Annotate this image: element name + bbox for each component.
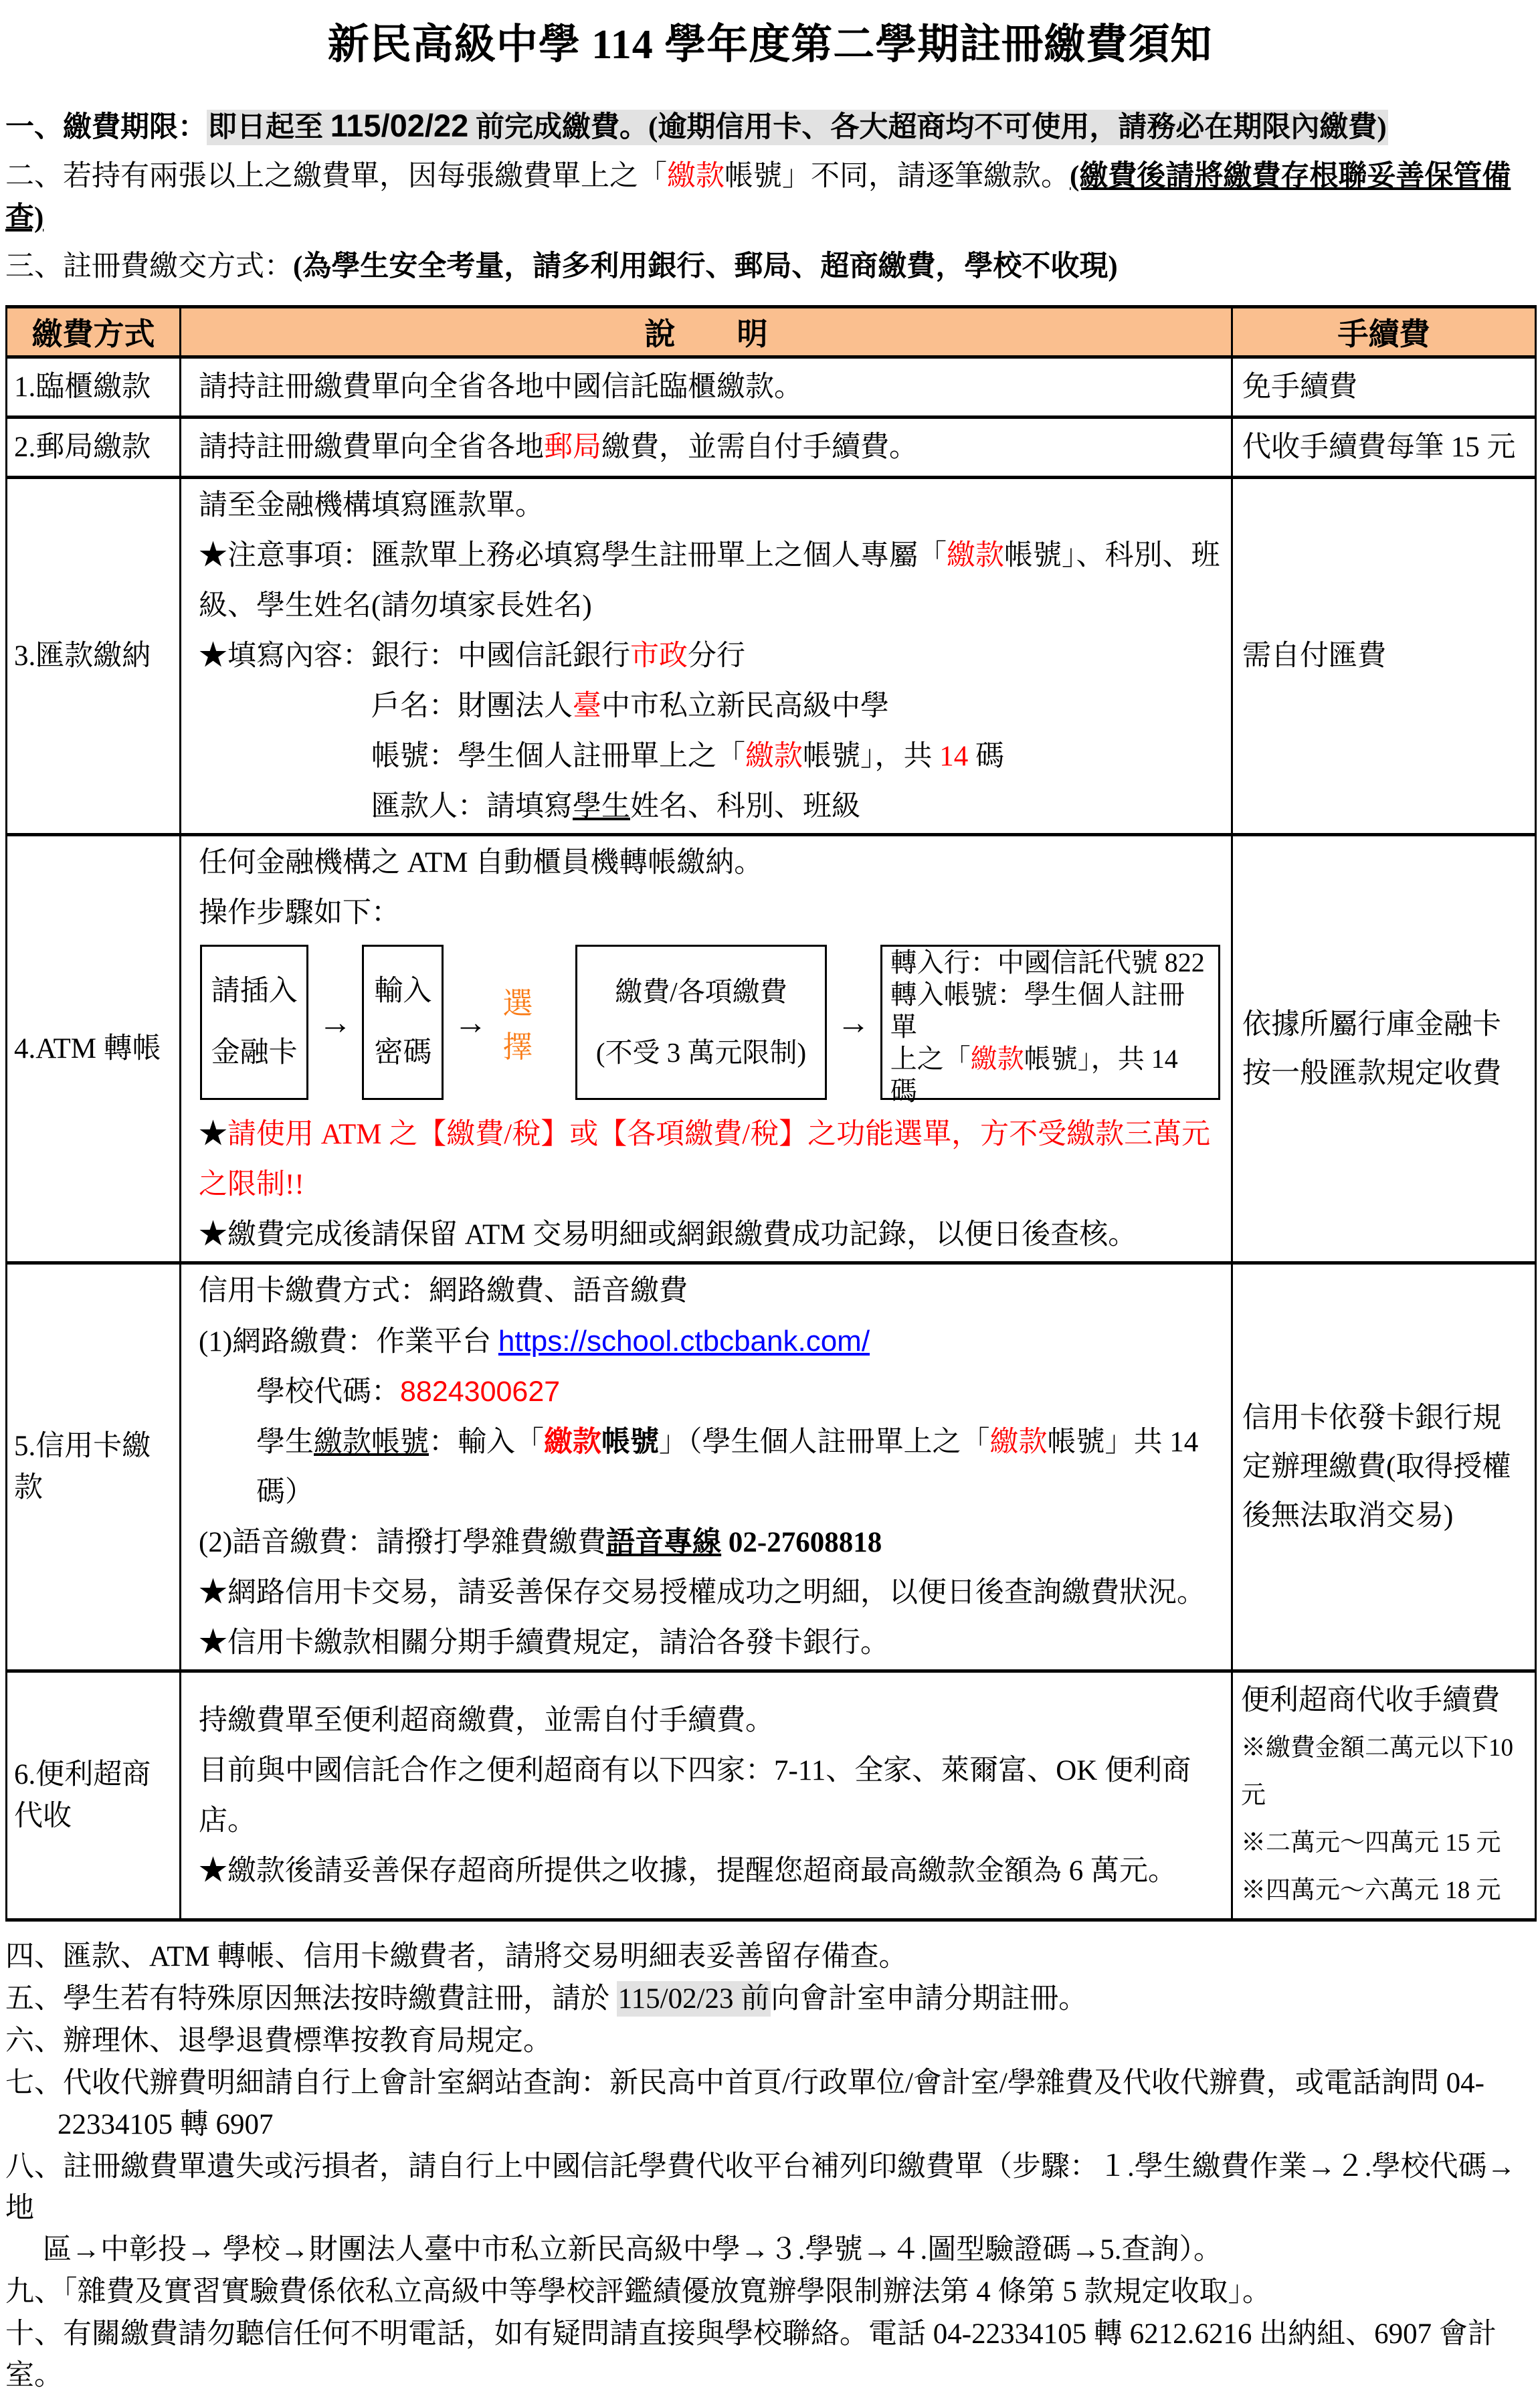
flow-arrow-icon: → <box>318 1006 352 1039</box>
payment-account-keyword: 繳款 <box>745 741 803 772</box>
keep-authorization-note: ★網路信用卡交易，請妥善保存交易授權成功之明細，以便日後查詢繳費狀況。 <box>199 1568 1220 1618</box>
flow-arrow-icon: → <box>454 1006 487 1039</box>
payment-account-keyword: 繳款 <box>544 1426 601 1458</box>
flow-arrow-icon: → <box>837 1006 870 1039</box>
payment-account-keyword: 繳款 <box>990 1426 1048 1458</box>
text-line: 八、註冊繳費單遺失或污損者，請自行上中國信託學費代收平台補列印繳費單（步驟：１.… <box>5 2146 1535 2229</box>
flow-step-text: 輸入 <box>374 974 431 1009</box>
text-run: 二、若持有兩張以上之繳費單，因每張繳費單上之「 <box>5 161 667 192</box>
text-run: 碼 <box>968 741 1004 772</box>
text-run: 匯款人：請填寫 <box>371 791 573 822</box>
description-line: 操作步驟如下： <box>199 888 1220 938</box>
method-label: 1.臨櫃繳款 <box>7 357 181 418</box>
text-line: 22334105 轉 6907 <box>5 2104 1535 2146</box>
flow-step-text: 請插入 <box>211 974 298 1009</box>
description-line: 任何金融機構之 ATM 自動櫃員機轉帳繳納。 <box>199 838 1220 888</box>
description-line: 請持註冊繳費單向全省各地中國信託臨櫃繳款。 <box>199 362 1220 412</box>
payment-account-keyword: 繳款 <box>971 1044 1024 1074</box>
fee-value: 依據所屬行庫金融卡按一般匯款規定收費 <box>1232 835 1536 1263</box>
payment-platform-link[interactable]: https://school.ctbcbank.com/ <box>498 1325 870 1358</box>
page-title: 新民高級中學 114 學年度第二學期註冊繳費須知 <box>5 11 1535 70</box>
fee-tier: ※四萬元～六萬元 18 元 <box>1241 1867 1531 1914</box>
warning-text: 請使用 ATM 之【繳費/稅】或【各項繳費/稅】之功能選單，方不受繳款三萬元 <box>227 1119 1210 1150</box>
text-run: 上之「 <box>890 1044 971 1074</box>
flow-step-text: 繳費/各項繳費 <box>615 976 787 1008</box>
atm-menu-warning-line2: 之限制!! <box>199 1160 1220 1210</box>
fee-tier: ※繳費金額二萬元以下10 元 <box>1241 1724 1531 1819</box>
text-run: ★填寫內容：銀行：中國信託銀行 <box>199 640 630 672</box>
outro-item-fee-details: 七、代收代辦費明細請自行上會計室網站查詢：新民高中首頁/行政單位/會計室/學雜費… <box>5 2063 1535 2146</box>
keep-store-receipt-note: ★繳款後請妥善保存超商所提供之收據，提醒您超商最高繳款金額為 6 萬元。 <box>199 1846 1220 1896</box>
fee-tier: ※二萬元～四萬元 15 元 <box>1241 1819 1531 1867</box>
table-row-atm-transfer: 4.ATM 轉帳 任何金融機構之 ATM 自動櫃員機轉帳繳納。 操作步驟如下： … <box>7 835 1536 1263</box>
outro-item-fraud-warning: 十、有關繳費請勿聽信任何不明電話，如有疑問請直接與學校聯絡。電話 04-2233… <box>5 2314 1535 2397</box>
table-row-post-office: 2.郵局繳款 請持註冊繳費單向全省各地郵局繳費，並需自付手續費。 代收手續費每筆… <box>7 418 1536 478</box>
flow-step-text: 轉入帳號：學生個人註冊單 <box>890 979 1210 1043</box>
payment-account-keyword: 繳款 <box>667 161 725 192</box>
payment-methods-table: 繳費方式 說 明 手續費 1.臨櫃繳款 請持註冊繳費單向全省各地中國信託臨櫃繳款… <box>5 305 1537 1922</box>
web-payment-line: (1)網路繳費：作業平台 https://school.ctbcbank.com… <box>199 1316 1220 1367</box>
school-code-line: 學校代碼：8824300627 <box>199 1367 1220 1417</box>
table-row-credit-card: 5.信用卡繳款 信用卡繳費方式：網路繳費、語音繳費 (1)網路繳費：作業平台 h… <box>7 1263 1536 1671</box>
installment-deadline-date: 115/02/23 前 <box>617 1981 771 2017</box>
text-run: 戶名：財團法人 <box>371 690 573 722</box>
text-run: 」（學生個人註冊單上之「 <box>659 1426 990 1458</box>
method-label: 6.便利超商代收 <box>7 1671 181 1920</box>
text-line: 七、代收代辦費明細請自行上會計室網站查詢：新民高中首頁/行政單位/會計室/學雜費… <box>5 2063 1535 2104</box>
text-run: 帳號」，共 <box>803 741 939 772</box>
text-line: 區→中彰投→ 學校→財團法人臺中市私立新民高級中學→３.學號→４.圖型驗證碼→5… <box>5 2229 1535 2271</box>
fee-title: 便利超商代收手續費 <box>1241 1677 1531 1724</box>
flow-step-transfer-info: 轉入行：中國信託代號 822 轉入帳號：學生個人註冊單 上之「繳款帳號」，共 1… <box>880 945 1220 1100</box>
flow-step-text: 密碼 <box>374 1036 431 1071</box>
remitter-line: 匯款人：請填寫學生姓名、科別、班級 <box>199 781 1220 832</box>
table-row-remittance: 3.匯款繳納 請至金融機構填寫匯款單。 ★注意事項：匯款單上務必填寫學生註冊單上… <box>7 478 1536 835</box>
description-line: 請持註冊繳費單向全省各地郵局繳費，並需自付手續費。 <box>199 422 1220 472</box>
store-list-line: 目前與中國信託合作之便利超商有以下四家：7-11、全家、萊爾富、OK 便利商店。 <box>199 1746 1220 1846</box>
method-label: 2.郵局繳款 <box>7 418 181 478</box>
description-line: 持繳費單至便利超商繳費，並需自付手續費。 <box>199 1695 1220 1746</box>
text-run: 學校代碼： <box>256 1376 400 1408</box>
col-header-method: 繳費方式 <box>7 307 181 357</box>
text-run: 帳號」不同，請逐筆繳款。 <box>725 161 1070 192</box>
text-run: 學生 <box>256 1426 314 1458</box>
account-keyword: 帳號 <box>601 1426 659 1458</box>
voice-hotline-label: 語音專線 <box>606 1527 721 1558</box>
method-label: 4.ATM 轉帳 <box>7 835 181 1263</box>
text-run: 請持註冊繳費單向全省各地 <box>199 432 544 463</box>
notice-document: 新民高級中學 114 學年度第二學期註冊繳費須知 一、繳費期限：即日起至 115… <box>0 0 1540 2408</box>
payment-account-term: 繳款帳號 <box>314 1426 429 1458</box>
keep-record-note: ★繳費完成後請保留 ATM 交易明細或網銀繳費成功記錄，以便日後查核。 <box>199 1210 1220 1260</box>
text-run: 繳費，並需自付手續費。 <box>601 432 918 463</box>
text-run: 姓名、科別、班級 <box>630 791 860 822</box>
digit-count: 14 <box>939 741 968 772</box>
description-line: 信用卡繳費方式：網路繳費、語音繳費 <box>199 1266 1220 1316</box>
outro-item-reprint-bill: 八、註冊繳費單遺失或污損者，請自行上中國信託學費代收平台補列印繳費單（步驟：１.… <box>5 2146 1535 2271</box>
post-office-keyword: 郵局 <box>544 432 601 463</box>
text-run: 即日起至 <box>208 112 330 143</box>
warning-text: 之限制!! <box>199 1169 304 1200</box>
atm-menu-warning-line1: ★請使用 ATM 之【繳費/稅】或【各項繳費/稅】之功能選單，方不受繳款三萬元 <box>199 1109 1220 1160</box>
account-number-line: 帳號：學生個人註冊單上之「繳款帳號」，共 14 碼 <box>199 731 1220 781</box>
col-header-fee: 手續費 <box>1232 307 1536 357</box>
flow-step-text: 上之「繳款帳號」，共 14 碼 <box>890 1043 1210 1107</box>
text-run: 五、學生若有特殊原因無法按時繳費註冊，請於 <box>5 1983 617 2015</box>
description-line: ★注意事項：匯款單上務必填寫學生註冊單上之個人專屬「繳款帳號」、科別、班級、學生… <box>199 531 1220 631</box>
installment-note: ★信用卡繳款相關分期手續費規定，請洽各發卡銀行。 <box>199 1618 1220 1668</box>
safety-note: (為學生安全考量，請多利用銀行、郵局、超商繳費，學校不收現) <box>293 251 1118 282</box>
text-run: 前完成繳費。(逾期信用卡、各大超商均不可使用，請務必在期限內繳費) <box>468 112 1386 143</box>
star-icon: ★ <box>199 1119 227 1150</box>
flow-step-enter-pin: 輸入 密碼 <box>362 945 444 1100</box>
school-code-value: 8824300627 <box>400 1376 560 1408</box>
intro-item-payment-methods: 三、註冊費繳交方式：(為學生安全考量，請多利用銀行、郵局、超商繳費，學校不收現) <box>5 246 1535 288</box>
flow-step-select-payment: 繳費/各項繳費 (不受 3 萬元限制) <box>575 945 827 1100</box>
text-run: ：輸入「 <box>429 1426 544 1458</box>
document-page: { "colors": { "header_bg": "#FABF8F", "h… <box>0 0 1540 2408</box>
atm-flowchart: 請插入 金融卡 → 輸入 密碼 → 選擇 繳費/各項繳費 (不受 3 萬元限制) <box>200 945 1220 1100</box>
table-row-counter-payment: 1.臨櫃繳款 請持註冊繳費單向全省各地中國信託臨櫃繳款。 免手續費 <box>7 357 1536 418</box>
fee-value: 代收手續費每筆 15 元 <box>1232 418 1536 478</box>
deadline-date: 115/02/22 <box>330 108 469 143</box>
table-row-convenience-store: 6.便利超商代收 持繳費單至便利超商繳費，並需自付手續費。 目前與中國信託合作之… <box>7 1671 1536 1920</box>
text-run: (2)語音繳費：請撥打學雜費繳費 <box>199 1527 606 1558</box>
flow-choose-label: 選擇 <box>502 979 560 1066</box>
text-run: 帳號：學生個人註冊單上之「 <box>371 741 745 772</box>
table-header-row: 繳費方式 說 明 手續費 <box>7 307 1536 357</box>
text-run: ★注意事項：匯款單上務必填寫學生註冊單上之個人專屬「 <box>199 540 947 571</box>
tai-keyword: 臺 <box>573 690 601 722</box>
outro-item-refund-policy: 六、辦理休、退學退費標準按教育局規定。 <box>5 2021 1535 2062</box>
flow-step-text: 金融卡 <box>211 1036 298 1071</box>
text-run: 向會計室申請分期註冊。 <box>771 1983 1087 2015</box>
student-keyword: 學生 <box>573 791 630 822</box>
flow-step-insert-card: 請插入 金融卡 <box>200 945 308 1100</box>
deadline-highlight: 即日起至 115/02/22 前完成繳費。(逾期信用卡、各大超商均不可使用，請務… <box>207 110 1388 145</box>
method-label: 5.信用卡繳款 <box>7 1263 181 1671</box>
method-label: 3.匯款繳納 <box>7 478 181 835</box>
outro-item-keep-records: 四、匯款、ATM 轉帳、信用卡繳費者，請將交易明細表妥善留存備查。 <box>5 1936 1535 1978</box>
fee-value: 信用卡依發卡銀行規定辦理繳費(取得授權後無法取消交易) <box>1232 1263 1536 1671</box>
fee-value: 免手續費 <box>1232 357 1536 418</box>
intro-item-deadline: 一、繳費期限：即日起至 115/02/22 前完成繳費。(逾期信用卡、各大超商均… <box>5 105 1535 149</box>
text-run: 中市私立新民高級中學 <box>601 690 889 722</box>
description-line: 請至金融機構填寫匯款單。 <box>199 480 1220 531</box>
fee-value: 需自付匯費 <box>1232 478 1536 835</box>
text-run: (1)網路繳費：作業平台 <box>199 1326 498 1358</box>
outro-item-fee-regulation: 九、「雜費及實習實驗費係依私立高級中等學校評鑑績優放寬辦學限制辦法第 4 條第 … <box>5 2272 1535 2313</box>
outro-item-installment: 五、學生若有特殊原因無法按時繳費註冊，請於 115/02/23 前向會計室申請分… <box>5 1978 1535 2020</box>
account-holder-line: 戶名：財團法人臺中市私立新民高級中學 <box>199 681 1220 731</box>
description-line: ★填寫內容：銀行：中國信託銀行市政分行 <box>199 631 1220 681</box>
text-run: 三、註冊費繳交方式： <box>5 251 293 282</box>
flow-step-text: (不受 3 萬元限制) <box>596 1036 806 1069</box>
deadline-label: 一、繳費期限： <box>5 112 207 143</box>
student-account-line: 學生繳款帳號：輸入「繳款帳號」（學生個人註冊單上之「繳款帳號」共 14 碼） <box>199 1417 1220 1517</box>
intro-item-multiple-bills: 二、若持有兩張以上之繳費單，因每張繳費單上之「繳款帳號」不同，請逐筆繳款。(繳費… <box>5 156 1535 239</box>
flow-step-text: 轉入行：中國信託代號 822 <box>890 947 1205 979</box>
payment-account-keyword: 繳款 <box>947 540 1004 571</box>
col-header-description: 說 明 <box>181 307 1232 357</box>
voice-hotline-number: 02-27608818 <box>721 1527 882 1558</box>
branch-keyword: 市政 <box>630 640 688 672</box>
voice-payment-line: (2)語音繳費：請撥打學雜費繳費語音專線 02-27608818 <box>199 1517 1220 1568</box>
text-run: 分行 <box>688 640 745 672</box>
